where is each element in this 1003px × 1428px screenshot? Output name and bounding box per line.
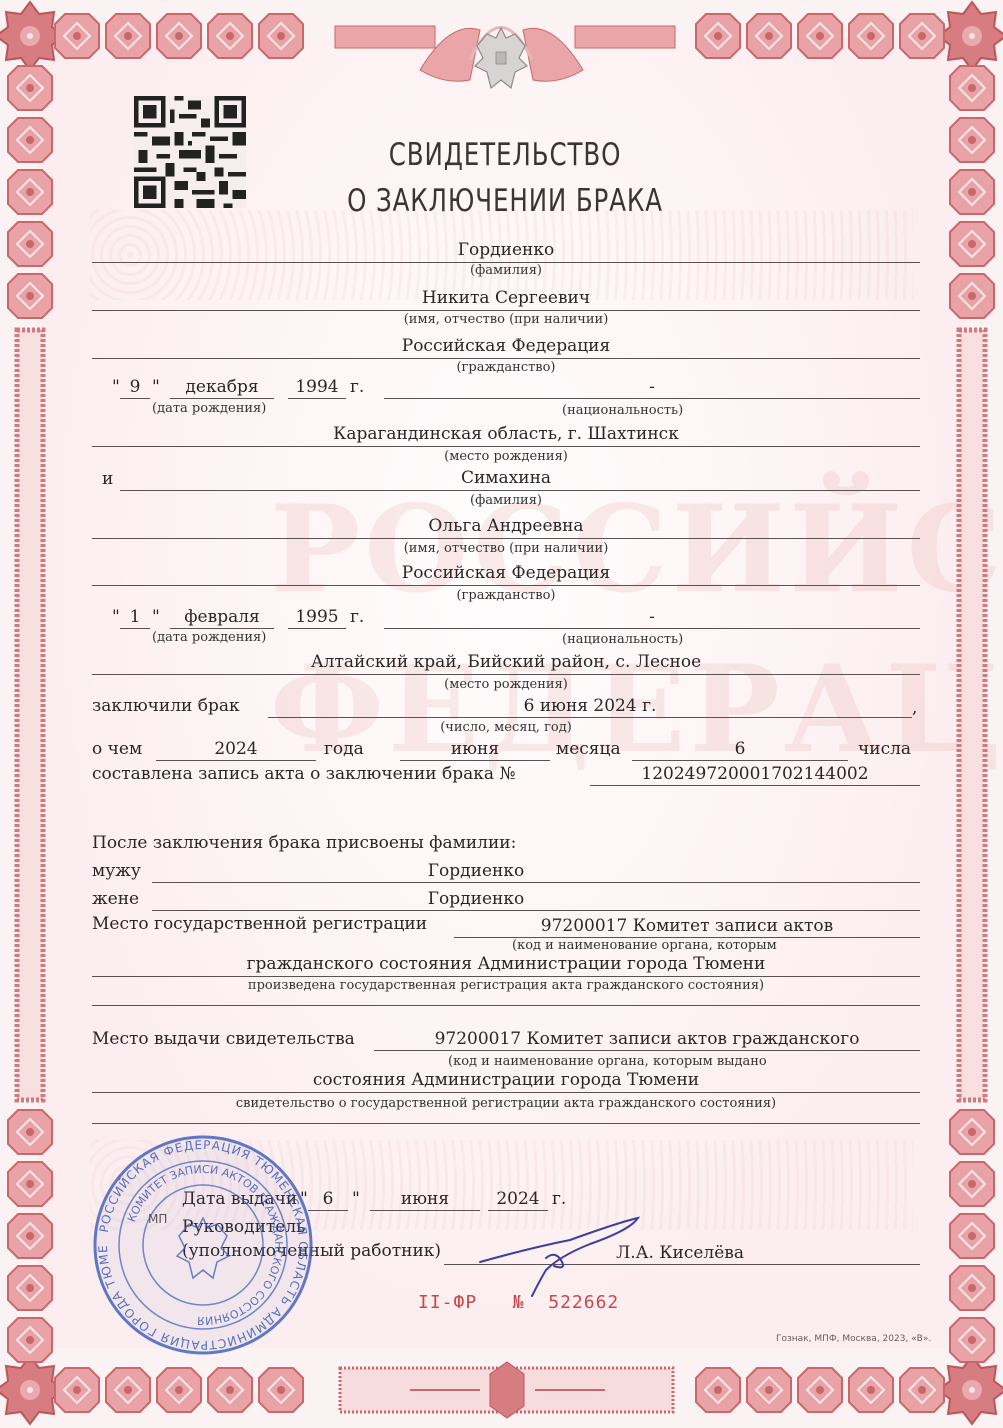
qr-code-icon[interactable]	[134, 96, 246, 208]
title-line-2: О ЗАКЛЮЧЕНИИ БРАКА	[298, 178, 712, 224]
husband-name-field: Никита Сергеевич	[92, 288, 920, 311]
trailing-comma: ,	[912, 697, 917, 719]
caption-nationality: (национальность)	[562, 632, 683, 648]
caption-birth-date: (дата рождения)	[152, 401, 266, 417]
husband-new-surname-field: Гордиенко	[152, 860, 920, 883]
wife-surname-label: жене	[92, 888, 139, 910]
issuance-caption-1: (код и наименование органа, которым выда…	[448, 1054, 767, 1070]
husband-citizenship-field: Российская Федерация	[92, 336, 920, 359]
caption-surname: (фамилия)	[92, 493, 920, 509]
divider	[92, 1122, 920, 1124]
marriage-label: заключили брак	[92, 695, 240, 717]
quote-open: "	[112, 606, 120, 628]
caption-birthplace: (место рождения)	[92, 677, 920, 693]
surnames-heading: После заключения брака присвоены фамилии…	[92, 832, 516, 854]
year-suffix: г.	[350, 606, 364, 628]
handwritten-signature	[470, 1200, 650, 1300]
caption-marriage-date: (число, месяц, год)	[92, 720, 920, 736]
title-line-1: СВИДЕТЕЛЬСТВО	[298, 132, 712, 178]
wife-citizenship-field: Российская Федерация	[92, 563, 920, 586]
quote-close: "	[152, 376, 160, 398]
registration-line-1: 97200017 Комитет записи актов	[454, 915, 920, 938]
wife-birth-month: февраля	[170, 606, 274, 629]
record-label: составлена запись акта о заключении брак…	[92, 763, 516, 785]
wife-birth-year: 1995	[288, 606, 346, 629]
official-seal-icon: РОССИЙСКАЯ ФЕДЕРАЦИЯ ТЮМЕНСКАЯ ОБЛАСТЬ А…	[88, 1130, 318, 1360]
month-word: месяца	[556, 738, 621, 760]
quote-close: "	[152, 606, 160, 628]
registration-caption-2: произведена государственная регистрация …	[92, 978, 920, 994]
caption-birth-date: (дата рождения)	[152, 630, 266, 646]
issuance-line-2: состояния Администрации города Тюмени	[92, 1070, 920, 1093]
printer-imprint: Гознак, МПФ, Москва, 2023, «В».	[776, 1334, 931, 1344]
quote-open: "	[112, 376, 120, 398]
husband-birth-year: 1994	[288, 376, 346, 399]
wife-new-surname-field: Гордиенко	[152, 888, 920, 911]
quote-close: "	[352, 1188, 360, 1210]
record-day-field: 6	[632, 738, 848, 761]
year-suffix: г.	[350, 376, 364, 398]
wife-surname-field: Симахина	[120, 468, 920, 491]
marriage-date-field: 6 июня 2024 г.	[268, 695, 912, 718]
wife-name-field: Ольга Андреевна	[92, 516, 920, 539]
issuance-label: Место выдачи свидетельства	[92, 1028, 355, 1050]
caption-nationality: (национальность)	[562, 403, 683, 419]
caption-surname: (фамилия)	[92, 263, 920, 279]
husband-surname-field: Гордиенко	[92, 240, 920, 263]
record-month-field: июня	[400, 738, 550, 761]
caption-birthplace: (место рождения)	[92, 449, 920, 465]
stamp-placeholder-label: МП	[148, 1212, 167, 1226]
wife-nationality-field: -	[384, 606, 920, 629]
caption-name: (имя, отчество (при наличии)	[92, 541, 920, 557]
husband-birth-month: декабря	[170, 376, 274, 399]
year-word: года	[324, 738, 364, 760]
husband-birth-day: 9	[120, 376, 150, 399]
caption-name: (имя, отчество (при наличии)	[92, 312, 920, 328]
issuance-line-1: 97200017 Комитет записи актов гражданско…	[374, 1028, 920, 1051]
caption-citizenship: (гражданство)	[92, 588, 920, 604]
issuance-caption-2: свидетельство о государственной регистра…	[92, 1096, 920, 1112]
form-serial-number: II-ФР № 522662	[418, 1292, 619, 1313]
husband-birthplace-field: Карагандинская область, г. Шахтинск	[92, 424, 920, 447]
record-number-field: 120249720001702144002	[590, 763, 920, 786]
record-prefix: о чем	[92, 738, 142, 760]
caption-citizenship: (гражданство)	[92, 360, 920, 376]
document-title: СВИДЕТЕЛЬСТВО О ЗАКЛЮЧЕНИИ БРАКА	[298, 132, 712, 224]
record-year-field: 2024	[156, 738, 316, 761]
wife-birth-day: 1	[120, 606, 150, 629]
issue-month: июня	[370, 1188, 480, 1211]
registration-line-2: гражданского состояния Администрации гор…	[92, 954, 920, 977]
day-word: числа	[858, 738, 911, 760]
divider	[92, 1004, 920, 1006]
husband-nationality-field: -	[384, 376, 920, 399]
registration-label: Место государственной регистрации	[92, 913, 427, 935]
wife-birthplace-field: Алтайский край, Бийский район, с. Лесное	[92, 652, 920, 675]
registration-caption-1: (код и наименование органа, которым	[512, 938, 777, 954]
husband-surname-label: мужу	[92, 860, 141, 882]
